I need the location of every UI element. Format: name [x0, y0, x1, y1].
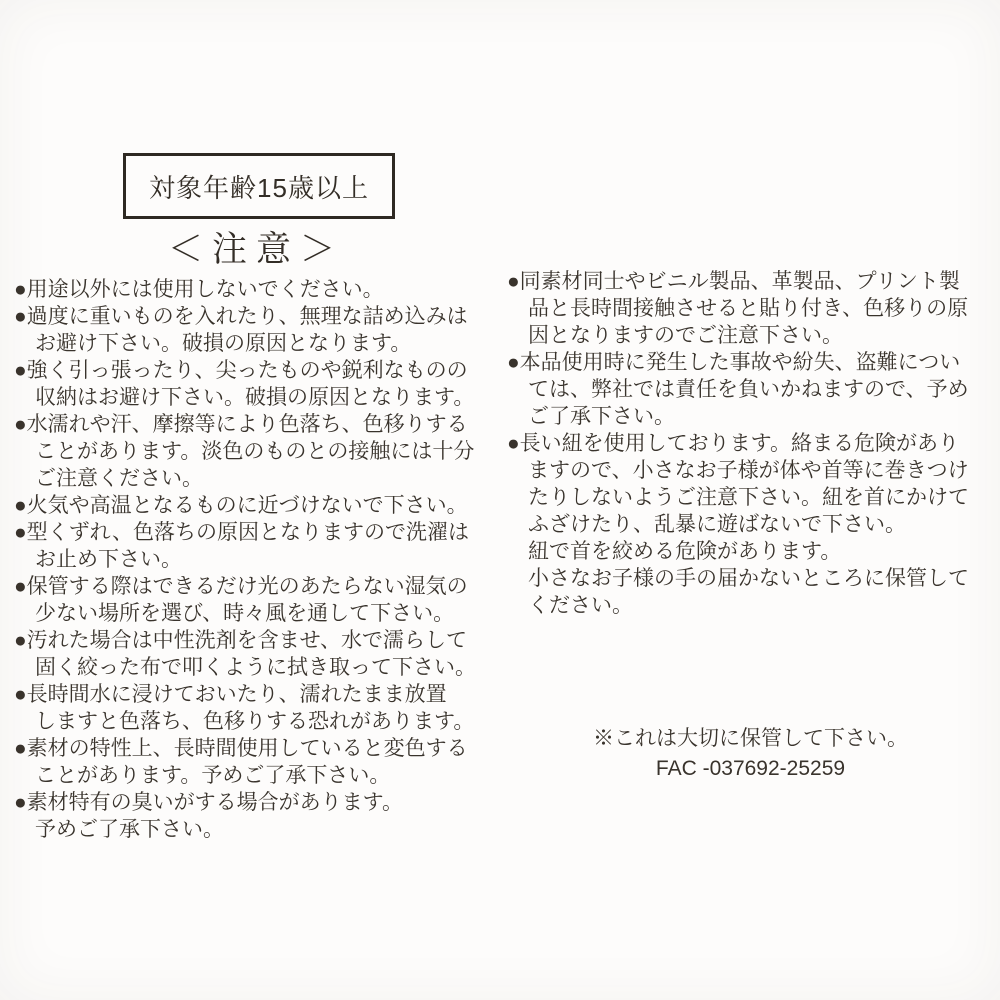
age-restriction-label: 対象年齢15歳以上 — [149, 168, 369, 205]
warnings-left-column: ●用途以外には使用しないでください。 ●過度に重いものを入れたり、無理な詰め込み… — [14, 276, 494, 843]
warning-item: ●型くずれ、色落ちの原因となりますので洗濯は お止め下さい。 — [14, 519, 494, 573]
warning-item: ●汚れた場合は中性洗剤を含ませ、水で濡らして 固く絞った布で叩くように拭き取って… — [14, 627, 494, 681]
warning-item: ●長い紐を使用しております。絡まる危険があり ますので、小さなお子様が体や首等に… — [507, 430, 994, 619]
caution-heading: ＜注意＞ — [0, 222, 512, 272]
warning-item: ●同素材同士やビニル製品、革製品、プリント製 品と長時間接触させると貼り付き、色… — [507, 268, 994, 349]
warnings-right-column: ●同素材同士やビニル製品、革製品、プリント製 品と長時間接触させると貼り付き、色… — [507, 268, 994, 619]
keep-safe-note: ※これは大切に保管して下さい。 — [507, 724, 994, 754]
warning-item: ●素材特有の臭いがする場合があります。 予めご了承下さい。 — [14, 789, 494, 843]
warning-item: ●長時間水に浸けておいたり、濡れたまま放置 しますと色落ち、色移りする恐れがあり… — [14, 681, 494, 735]
caution-label-page: 対象年齢15歳以上 ＜注意＞ ●用途以外には使用しないでください。 ●過度に重い… — [0, 0, 1000, 1000]
warning-item: ●過度に重いものを入れたり、無理な詰め込みは お避け下さい。破損の原因となります… — [14, 303, 494, 357]
warning-item: ●本品使用時に発生した事故や紛失、盗難につい ては、弊社では責任を負いかねますの… — [507, 349, 994, 430]
warning-item: ●強く引っ張ったり、尖ったものや鋭利なものの 収納はお避け下さい。破損の原因とな… — [14, 357, 494, 411]
warning-item: ●火気や高温となるものに近づけないで下さい。 — [14, 492, 494, 519]
footer-note-block: ※これは大切に保管して下さい。 FAC -037692-25259 — [507, 724, 994, 784]
warning-item: ●用途以外には使用しないでください。 — [14, 276, 494, 303]
warning-item: ●保管する際はできるだけ光のあたらない湿気の 少ない場所を選び、時々風を通して下… — [14, 573, 494, 627]
age-restriction-box: 対象年齢15歳以上 — [123, 153, 395, 219]
warning-item: ●素材の特性上、長時間使用していると変色する ことがあります。予めご了承下さい。 — [14, 735, 494, 789]
warning-item: ●水濡れや汗、摩擦等により色落ち、色移りする ことがあります。淡色のものとの接触… — [14, 411, 494, 492]
fac-code: FAC -037692-25259 — [507, 754, 994, 784]
